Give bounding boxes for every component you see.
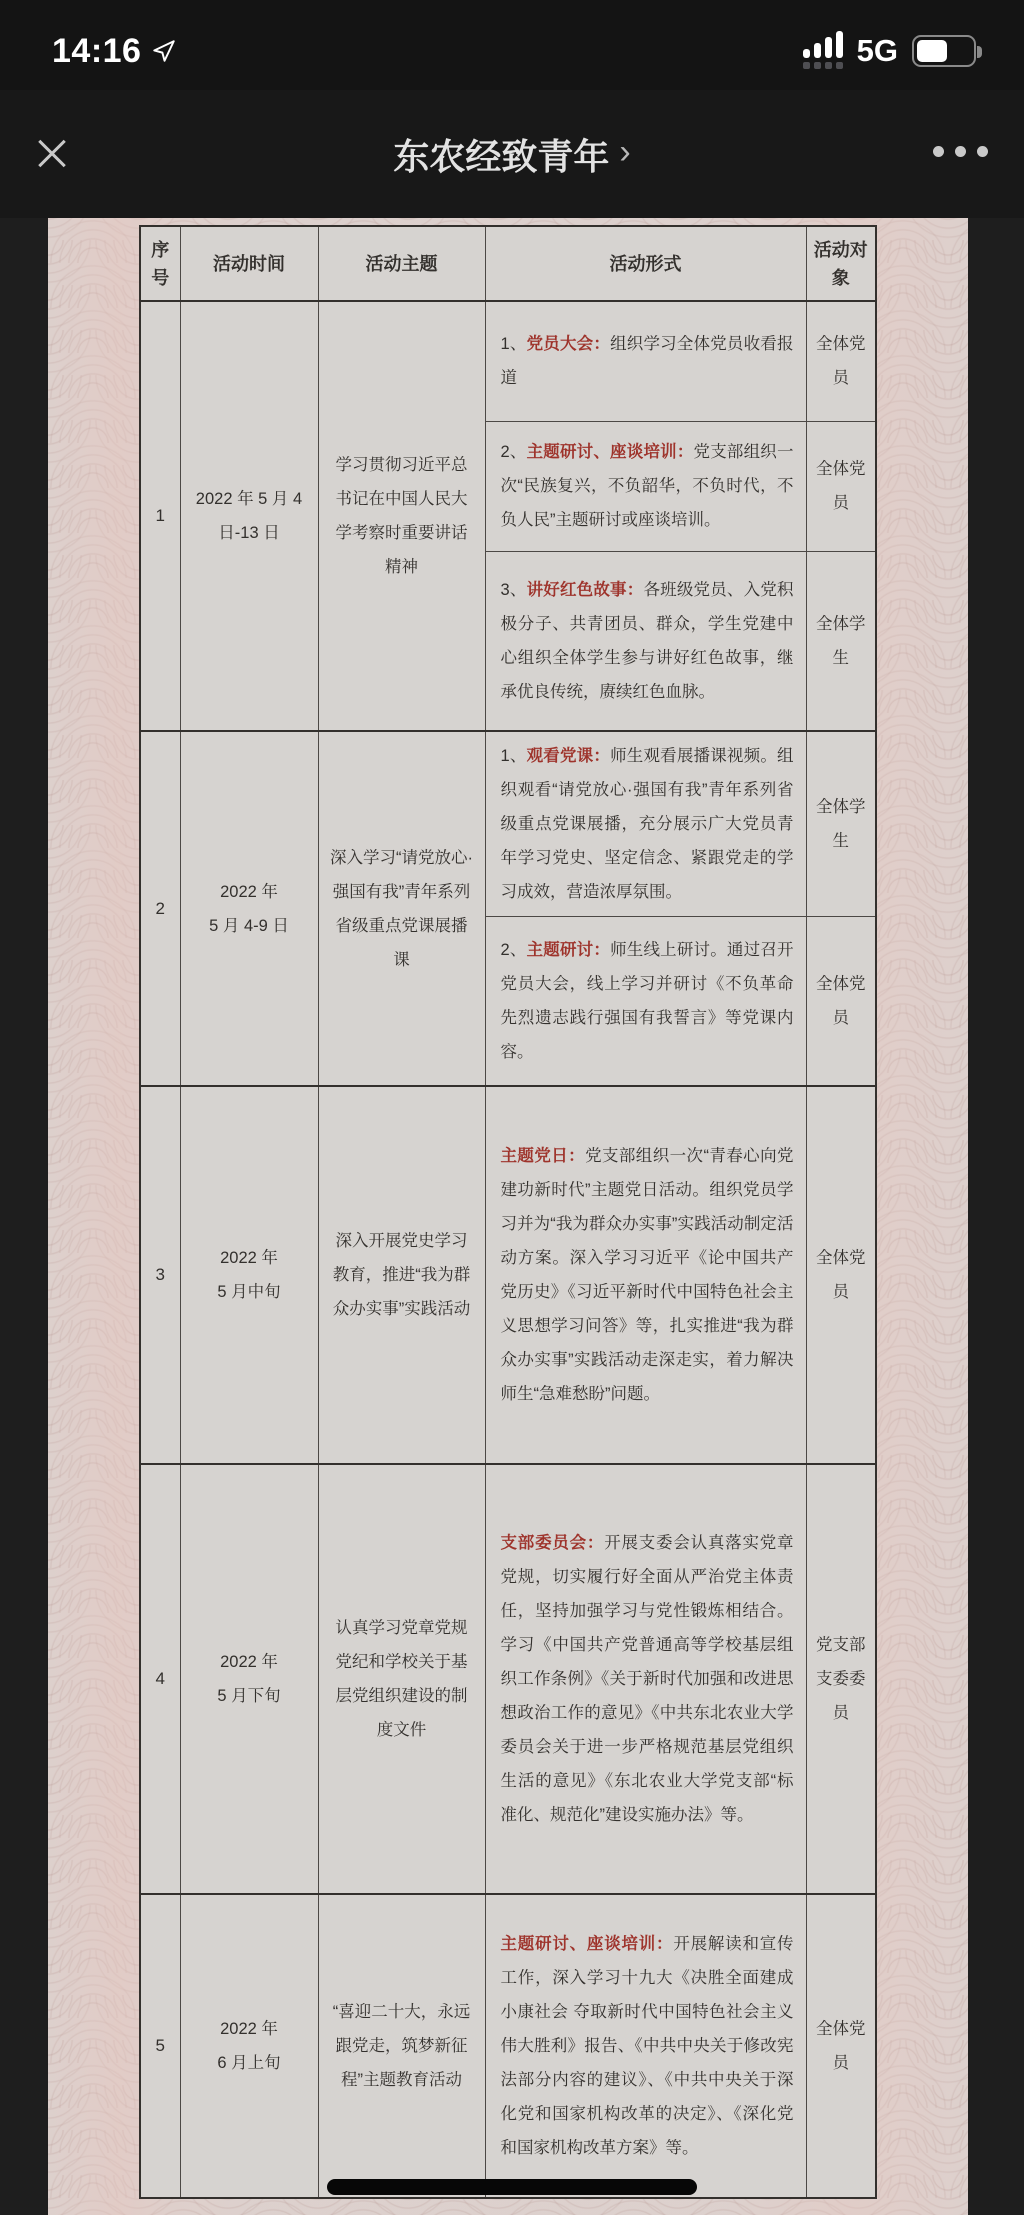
nav-bar: 东农经致青年 › bbox=[0, 90, 1024, 218]
row-number: 5 bbox=[140, 1894, 180, 2198]
account-name: 东农经致青年 bbox=[393, 129, 609, 180]
activity-time: 2022 年6 月上旬 bbox=[180, 1894, 318, 2198]
form-label: 主题研讨： bbox=[527, 941, 610, 959]
activity-theme: 学习贯彻习近平总书记在中国人民大学考察时重要讲话精神 bbox=[318, 301, 485, 731]
activity-theme: 深入开展党史学习教育，推进“我为群众办实事”实践活动 bbox=[318, 1086, 485, 1464]
activity-time: 2022 年5 月 4-9 日 bbox=[180, 731, 318, 1086]
activity-target: 全体党员 bbox=[806, 1894, 876, 2198]
activity-target: 全体学生 bbox=[806, 731, 876, 916]
activity-form: 2、主题研讨、座谈培训：党支部组织一次“民族复兴，不负韶华，不负时代，不负人民”… bbox=[485, 421, 806, 551]
activity-form: 2、主题研讨：师生线上研讨。通过召开党员大会，线上学习并研讨《不负革命先烈遗志践… bbox=[485, 916, 806, 1086]
status-bar: 14:16 5G bbox=[0, 0, 1024, 90]
home-indicator[interactable] bbox=[327, 2179, 697, 2195]
column-header-number: 序号 bbox=[140, 226, 180, 301]
activity-theme: 认真学习党章党规党纪和学校关于基层党组织建设的制度文件 bbox=[318, 1464, 485, 1894]
activity-form: 主题党日：党支部组织一次“青春心向党 建功新时代”主题党日活动。组织党员学习并为… bbox=[485, 1086, 806, 1464]
cellular-signal-icon bbox=[803, 31, 843, 71]
row-number: 4 bbox=[140, 1464, 180, 1894]
form-label: 讲好红色故事： bbox=[527, 581, 644, 599]
activity-time: 2022 年 5 月 4日-13 日 bbox=[180, 301, 318, 731]
battery-icon bbox=[912, 35, 976, 67]
form-label: 观看党课： bbox=[527, 747, 610, 765]
activity-target: 全体党员 bbox=[806, 301, 876, 421]
activity-target: 党支部支委委员 bbox=[806, 1464, 876, 1894]
table-row: 1 2022 年 5 月 4日-13 日 学习贯彻习近平总书记在中国人民大学考察… bbox=[140, 301, 876, 421]
activity-form: 1、观看党课：师生观看展播课视频。组织观看“请党放心·强国有我”青年系列省级重点… bbox=[485, 731, 806, 916]
activity-form: 支部委员会：开展支委会认真落实党章党规，切实履行好全面从严治党主体责任，坚持加强… bbox=[485, 1464, 806, 1894]
activity-form: 主题研讨、座谈培训：开展解读和宣传工作，深入学习十九大《决胜全面建成小康社会 夺… bbox=[485, 1894, 806, 2198]
page-title[interactable]: 东农经致青年 › bbox=[393, 129, 630, 180]
form-label: 支部委员会： bbox=[501, 1534, 605, 1552]
form-label: 党员大会： bbox=[527, 335, 610, 353]
activity-time: 2022 年5 月中旬 bbox=[180, 1086, 318, 1464]
activity-form: 3、讲好红色故事：各班级党员、入党积极分子、共青团员、群众，学生党建中心组织全体… bbox=[485, 551, 806, 731]
activity-time: 2022 年5 月下旬 bbox=[180, 1464, 318, 1894]
activity-form: 1、党员大会：组织学习全体党员收看报道 bbox=[485, 301, 806, 421]
column-header-target: 活动对象 bbox=[806, 226, 876, 301]
activity-target: 全体党员 bbox=[806, 421, 876, 551]
phone-screen: 14:16 5G 东农经致青年 › bbox=[0, 0, 1024, 2215]
row-number: 3 bbox=[140, 1086, 180, 1464]
column-header-time: 活动时间 bbox=[180, 226, 318, 301]
table-row: 4 2022 年5 月下旬 认真学习党章党规党纪和学校关于基层党组织建设的制度文… bbox=[140, 1464, 876, 1894]
activity-theme: 深入学习“请党放心·强国有我”青年系列省级重点党课展播课 bbox=[318, 731, 485, 1086]
location-arrow-icon bbox=[151, 38, 177, 64]
more-menu-button[interactable] bbox=[933, 146, 988, 157]
table-header-row: 序号 活动时间 活动主题 活动形式 活动对象 bbox=[140, 226, 876, 301]
document-viewport: 序号 活动时间 活动主题 活动形式 活动对象 1 2022 年 5 月 4日-1… bbox=[0, 218, 1024, 2215]
row-number: 2 bbox=[140, 731, 180, 1086]
document-page: 序号 活动时间 活动主题 活动形式 活动对象 1 2022 年 5 月 4日-1… bbox=[48, 218, 968, 2215]
activity-theme: “喜迎二十大，永远跟党走，筑梦新征程”主题教育活动 bbox=[318, 1894, 485, 2198]
clock-time: 14:16 bbox=[52, 32, 141, 71]
network-type-label: 5G bbox=[857, 33, 898, 69]
activity-target: 全体学生 bbox=[806, 551, 876, 731]
activity-target: 全体党员 bbox=[806, 1086, 876, 1464]
table-row: 2 2022 年5 月 4-9 日 深入学习“请党放心·强国有我”青年系列省级重… bbox=[140, 731, 876, 916]
form-label: 主题研讨、座谈培训： bbox=[527, 443, 694, 461]
form-label: 主题党日： bbox=[501, 1147, 586, 1165]
chevron-right-icon: › bbox=[619, 133, 630, 172]
close-icon[interactable] bbox=[30, 132, 74, 176]
column-header-theme: 活动主题 bbox=[318, 226, 485, 301]
column-header-form: 活动形式 bbox=[485, 226, 806, 301]
form-label: 主题研讨、座谈培训： bbox=[501, 1935, 674, 1953]
activity-target: 全体党员 bbox=[806, 916, 876, 1086]
table-row: 3 2022 年5 月中旬 深入开展党史学习教育，推进“我为群众办实事”实践活动… bbox=[140, 1086, 876, 1464]
row-number: 1 bbox=[140, 301, 180, 731]
activity-table: 序号 活动时间 活动主题 活动形式 活动对象 1 2022 年 5 月 4日-1… bbox=[139, 225, 877, 2199]
table-row: 5 2022 年6 月上旬 “喜迎二十大，永远跟党走，筑梦新征程”主题教育活动 … bbox=[140, 1894, 876, 2198]
